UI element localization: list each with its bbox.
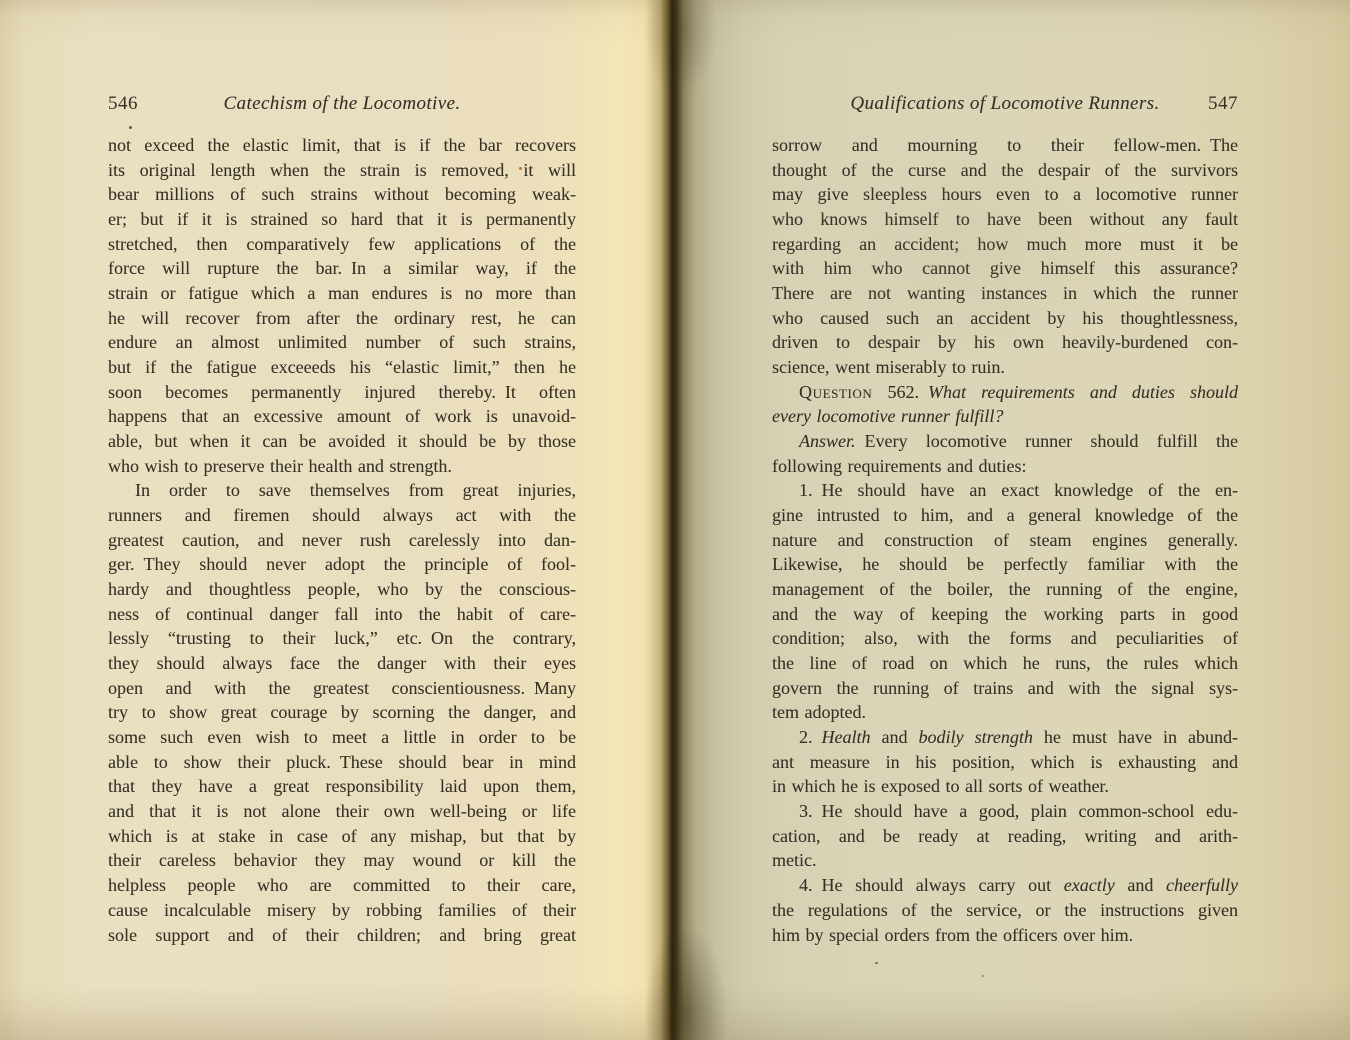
text-line: ant measure in his position, which is ex… [772,750,1238,775]
text-line: endure an almost unlimited number of suc… [108,330,576,355]
text-segment: he must have in abund- [1033,727,1238,747]
text-line: their careless behavior they may wound o… [108,848,576,873]
text-line: greatest caution, and never rush careles… [108,528,576,553]
italic-text: every locomotive runner fulfill? [772,406,1003,426]
text-line: who wish to preserve their health and st… [108,454,576,479]
text-line: ness of continual danger fall into the h… [108,602,576,627]
text-line: sole support and of their children; and … [108,923,576,948]
text-line: Question 562. What requirements and duti… [772,380,1238,405]
text-segment: 4. He should always carry out [799,875,1064,895]
text-line: he will recover from after the ordinary … [108,306,576,331]
text-line: and that it is not alone their own well-… [108,799,576,824]
text-line: 2. Health and bodily strength he must ha… [772,725,1238,750]
text-line: the line of road on which he runs, the r… [772,651,1238,676]
text-line: lessly “trusting to their luck,” etc. On… [108,626,576,651]
text-line: thought of the curse and the despair of … [772,158,1238,183]
text-line: metic. [772,848,1238,873]
text-line: Likewise, he should be perfectly familia… [772,552,1238,577]
text-line: who caused such an accident by his thoug… [772,306,1238,331]
text-line: who knows himself to have been without a… [772,207,1238,232]
book-spread-scan: 546 Catechism of the Locomotive. not exc… [0,0,1350,1040]
text-line: happens that an excessive amount of work… [108,404,576,429]
text-line: condition; also, with the forms and pecu… [772,626,1238,651]
left-page-text-column: not exceed the elastic limit, that is if… [108,133,576,947]
text-line: Answer. Every locomotive runner should f… [772,429,1238,454]
left-page: 546 Catechism of the Locomotive. not exc… [0,0,674,1040]
text-line: sorrow and mourning to their fellow-men.… [772,133,1238,158]
text-line: soon becomes permanently injured thereby… [108,380,576,405]
text-line: some such even wish to meet a little in … [108,725,576,750]
text-line: stretched, then comparatively few applic… [108,232,576,257]
left-page-header: 546 Catechism of the Locomotive. [108,92,576,116]
italic-text: cheerfully [1166,875,1238,895]
text-segment: and [871,727,919,747]
text-line: try to show great courage by scorning th… [108,700,576,725]
text-line: its original length when the strain is r… [108,158,576,183]
text-segment: 562. [872,382,928,402]
text-line: force will rupture the bar. In a similar… [108,256,576,281]
text-line: open and with the greatest conscientious… [108,676,576,701]
text-line: able to show their pluck. These should b… [108,750,576,775]
left-running-title: Catechism of the Locomotive. [108,92,576,116]
right-page: Qualifications of Locomotive Runners. 54… [674,0,1350,1040]
text-line: the regulations of the service, or the i… [772,898,1238,923]
text-line: in which he is exposed to all sorts of w… [772,774,1238,799]
text-line: er; but if it is strained so hard that i… [108,207,576,232]
text-line: driven to despair by his own heavily-bur… [772,330,1238,355]
text-line: following requirements and duties: [772,454,1238,479]
text-line: 4. He should always carry out exactly an… [772,873,1238,898]
text-line: There are not wanting instances in which… [772,281,1238,306]
text-line: they should always face the danger with … [108,651,576,676]
italic-text: Health [822,727,871,747]
text-line: bear millions of such strains without be… [108,182,576,207]
text-line: with him who cannot give himself this as… [772,256,1238,281]
text-line: able, but when it can be avoided it shou… [108,429,576,454]
right-page-number: 547 [1208,92,1238,116]
text-segment: 2. [799,727,822,747]
text-line: regarding an accident; how much more mus… [772,232,1238,257]
text-line: and the way of keeping the working parts… [772,602,1238,627]
text-segment: Every locomotive runner should fulfill t… [856,431,1238,451]
italic-text: exactly [1064,875,1115,895]
text-line: management of the boiler, the running of… [772,577,1238,602]
text-line: which is at stake in case of any mishap,… [108,824,576,849]
text-line: helpless people who are committed to the… [108,873,576,898]
text-line: gine intrusted to him, and a general kno… [772,503,1238,528]
text-line: strain or fatigue which a man endures is… [108,281,576,306]
text-line: ger. They should never adopt the princip… [108,552,576,577]
right-page-header: Qualifications of Locomotive Runners. 54… [772,92,1238,116]
italic-text: bodily strength [919,727,1033,747]
text-line: runners and firemen should always act wi… [108,503,576,528]
italic-text: Answer. [799,431,856,451]
text-line: In order to save themselves from great i… [108,478,576,503]
text-line: govern the running of trains and with th… [772,676,1238,701]
text-line: him by special orders from the officers … [772,923,1238,948]
text-line: nature and construction of steam engines… [772,528,1238,553]
text-segment: and [1115,875,1166,895]
text-line: cause incalculable misery by robbing fam… [108,898,576,923]
text-line: that they have a great responsibility la… [108,774,576,799]
text-line: 3. He should have a good, plain common-s… [772,799,1238,824]
text-line: tem adopted. [772,700,1238,725]
small-caps-text: Question [799,382,872,402]
left-page-number: 546 [108,92,138,116]
italic-text: What requirements and duties should [928,382,1238,402]
right-running-title: Qualifications of Locomotive Runners. [772,92,1238,116]
right-page-text-column: sorrow and mourning to their fellow-men.… [772,133,1238,947]
text-line: hardy and thoughtless people, who by the… [108,577,576,602]
text-line: cation, and be ready at reading, writing… [772,824,1238,849]
text-line: but if the fatigue exceeeds his “elastic… [108,355,576,380]
text-line: every locomotive runner fulfill? [772,404,1238,429]
text-line: science, went miserably to ruin. [772,355,1238,380]
text-line: 1. He should have an exact knowledge of … [772,478,1238,503]
text-line: may give sleepless hours even to a locom… [772,182,1238,207]
text-line: not exceed the elastic limit, that is if… [108,133,576,158]
